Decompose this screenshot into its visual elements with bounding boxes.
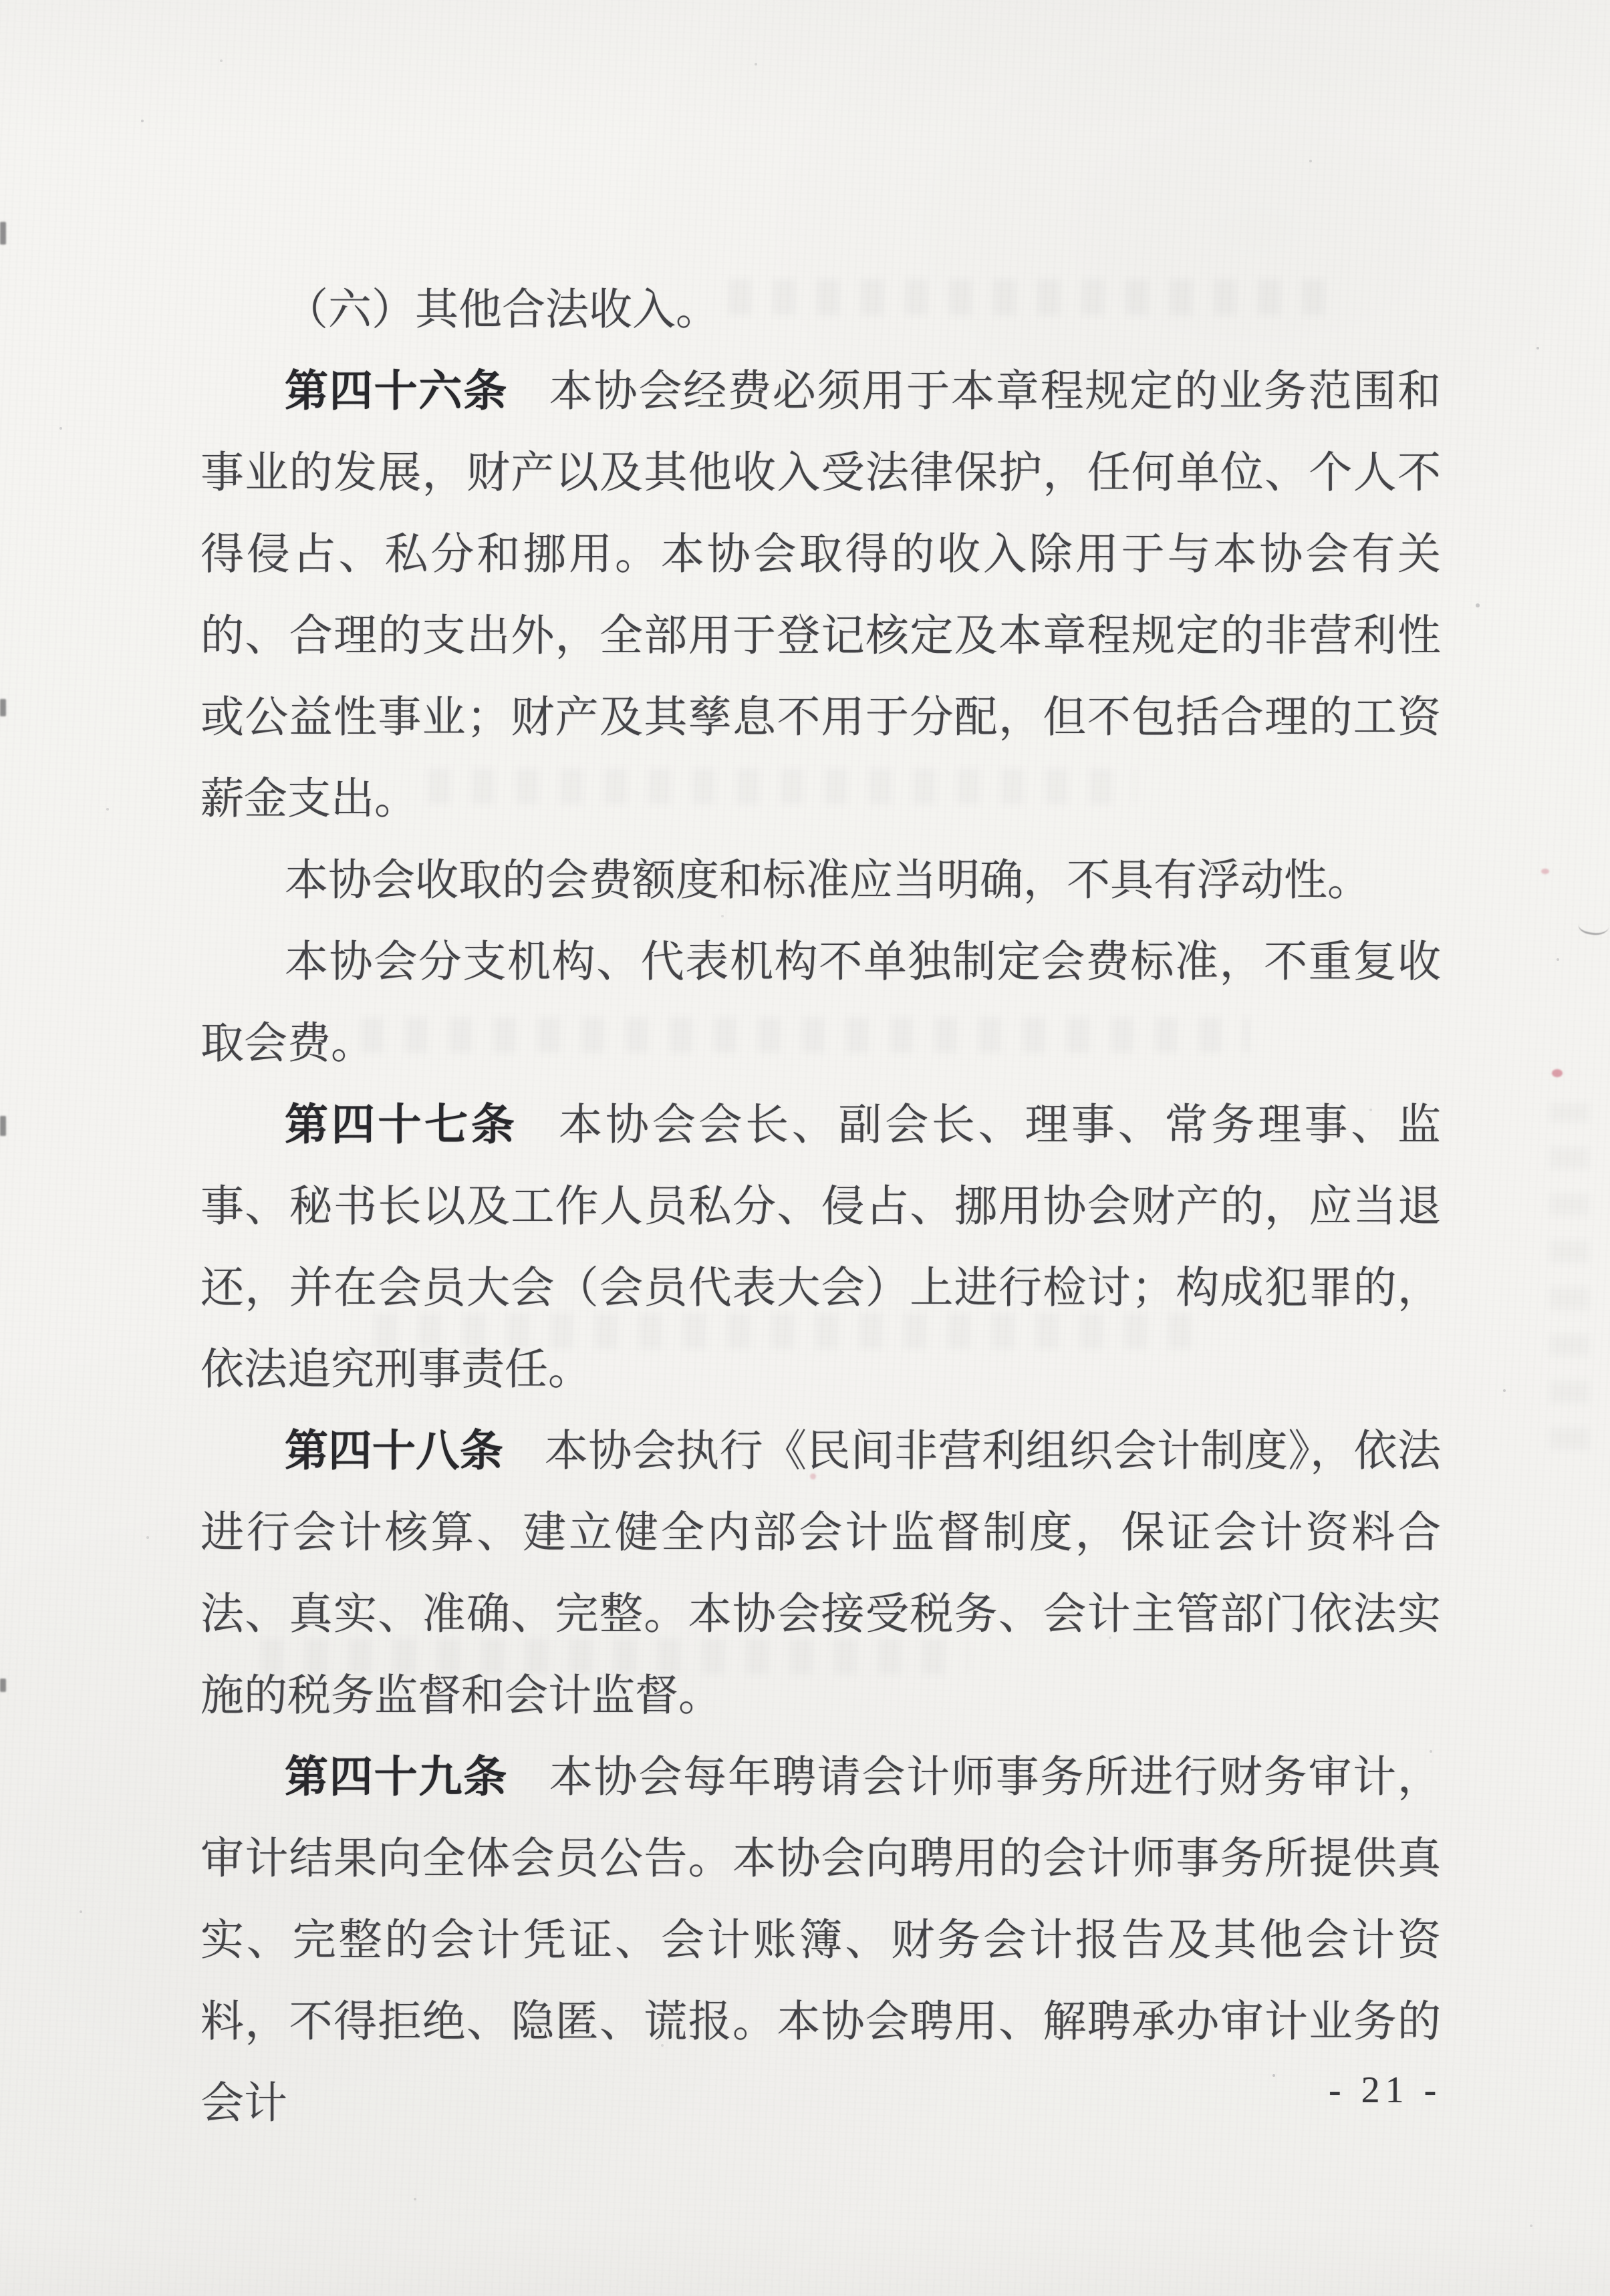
- branch-fee-paragraph: 本协会分支机构、代表机构不单独制定会费标准，不重复收取会费。: [200, 921, 1441, 1085]
- article-number: 第四十六条: [285, 368, 508, 416]
- ink-speck: [1541, 869, 1549, 874]
- paragraph-text: 本协会分支机构、代表机构不单独制定会费标准，不重复收取会费。: [200, 938, 1441, 1068]
- bleedthrough-artifact: [1549, 1103, 1589, 1450]
- article-number: 第四十八条: [285, 1427, 503, 1475]
- scanner-hair-artifact: [1577, 912, 1610, 937]
- article-47: 第四十七条本协会会长、副会长、理事、常务理事、监事、秘书长以及工作人员私分、侵占…: [200, 1085, 1441, 1411]
- scan-edge-mark: [0, 1679, 6, 1692]
- ink-speck: [1552, 1069, 1563, 1077]
- paragraph-text: 本协会收取的会费额度和标准应当明确，不具有浮动性。: [285, 857, 1371, 905]
- scan-edge-mark: [0, 699, 6, 716]
- page-number: - 21 -: [1329, 2069, 1442, 2112]
- article-49: 第四十九条本协会每年聘请会计师事务所进行财务审计，审计结果向全体会员公告。本协会…: [200, 1737, 1441, 2144]
- scanned-document-page: { "document": { "kind": "scanned charter…: [0, 0, 1610, 2296]
- article-number: 第四十七条: [285, 1101, 518, 1149]
- article-46: 第四十六条本协会经费必须用于本章程规定的业务范围和事业的发展，财产以及其他收入受…: [200, 351, 1441, 840]
- page-surface: （六）其他合法收入。 第四十六条本协会经费必须用于本章程规定的业务范围和事业的发…: [0, 0, 1610, 2296]
- scan-edge-mark: [0, 222, 6, 245]
- document-body: （六）其他合法收入。 第四十六条本协会经费必须用于本章程规定的业务范围和事业的发…: [200, 269, 1441, 2144]
- clause-item-6: （六）其他合法收入。: [200, 269, 1441, 351]
- paragraph-text: 本协会每年聘请会计师事务所进行财务审计，审计结果向全体会员公告。本协会向聘用的会…: [200, 1753, 1441, 2128]
- article-48: 第四十八条本协会执行《民间非营利组织会计制度》，依法进行会计核算、建立健全内部会…: [200, 1411, 1441, 1737]
- scan-edge-mark: [0, 1116, 6, 1136]
- membership-fee-paragraph: 本协会收取的会费额度和标准应当明确，不具有浮动性。: [200, 840, 1441, 921]
- paragraph-text: 本协会经费必须用于本章程规定的业务范围和事业的发展，财产以及其他收入受法律保护，…: [200, 368, 1441, 823]
- paragraph-text: （六）其他合法收入。: [285, 286, 719, 334]
- scan-speckles: [0, 0, 1, 1]
- article-number: 第四十九条: [285, 1753, 508, 1802]
